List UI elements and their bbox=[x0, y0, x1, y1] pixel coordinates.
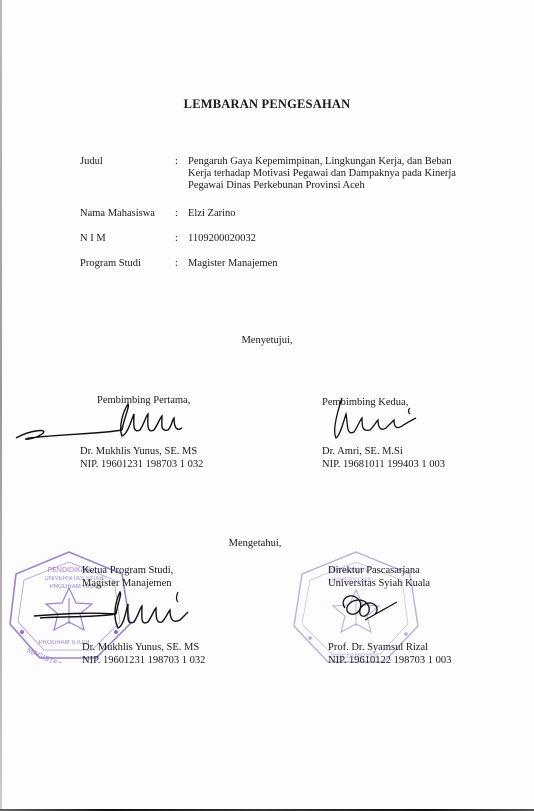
official-2-role-line-2: Universitas Syiah Kuala bbox=[328, 578, 430, 591]
field-colon: : bbox=[175, 258, 178, 269]
field-label-judul: Judul bbox=[80, 156, 103, 167]
svg-text:MAGISTER: MAGISTER bbox=[25, 645, 65, 663]
supervisor-2-nip: NIP. 19681011 199403 1 003 bbox=[322, 459, 445, 472]
signature-official-1-icon bbox=[30, 586, 200, 636]
supervisor-1-name: Dr. Mukhlis Yunus, SE. MS bbox=[80, 446, 197, 459]
signature-official-2-icon bbox=[335, 590, 405, 630]
supervisor-2-name: Dr. Amri, SE. M.Si bbox=[322, 446, 403, 459]
field-value-judul: Pengaruh Gaya Kepemimpinan, Lingkungan K… bbox=[188, 156, 488, 192]
page-title: LEMBARAN PENGESAHAN bbox=[0, 97, 534, 112]
judul-line-2: Kerja terhadap Motivasi Pegawai dan Damp… bbox=[188, 168, 488, 180]
scan-left-edge bbox=[0, 0, 2, 811]
field-colon: : bbox=[175, 208, 178, 219]
official-1-name: Dr. Mukhlis Yunus, SE. MS bbox=[82, 642, 199, 655]
field-label-program: Program Studi bbox=[80, 258, 141, 269]
signature-supervisor-1-icon bbox=[10, 400, 200, 450]
signature-supervisor-2-icon bbox=[320, 390, 430, 445]
field-label-nim: N I M bbox=[80, 233, 106, 244]
official-1-nip: NIP. 19601231 198703 1 032 bbox=[82, 655, 205, 668]
field-value-program: Magister Manajemen bbox=[188, 258, 488, 270]
field-colon: : bbox=[175, 233, 178, 244]
official-1-role-line-1: Ketua Program Studi, bbox=[82, 565, 173, 578]
field-colon: : bbox=[175, 156, 178, 167]
field-value-nama: Elzi Zarino bbox=[188, 208, 488, 220]
official-2-role-line-1: Direktur Pascasarjana bbox=[328, 565, 420, 578]
approval-heading: Menyetujui, bbox=[0, 335, 534, 346]
official-2-name: Prof. Dr. Syamsul Rizal bbox=[328, 642, 428, 655]
field-value-nim: 1109200020032 bbox=[188, 233, 488, 245]
field-label-nama: Nama Mahasiswa bbox=[80, 208, 155, 219]
judul-line-3: Pegawai Dinas Perkebunan Provinsi Aceh bbox=[188, 180, 488, 192]
supervisor-1-nip: NIP. 19601231 198703 1 032 bbox=[80, 459, 203, 472]
judul-line-1: Pengaruh Gaya Kepemimpinan, Lingkungan K… bbox=[188, 156, 488, 168]
official-2-nip: NIP. 19610122 198703 1 003 bbox=[328, 655, 451, 668]
